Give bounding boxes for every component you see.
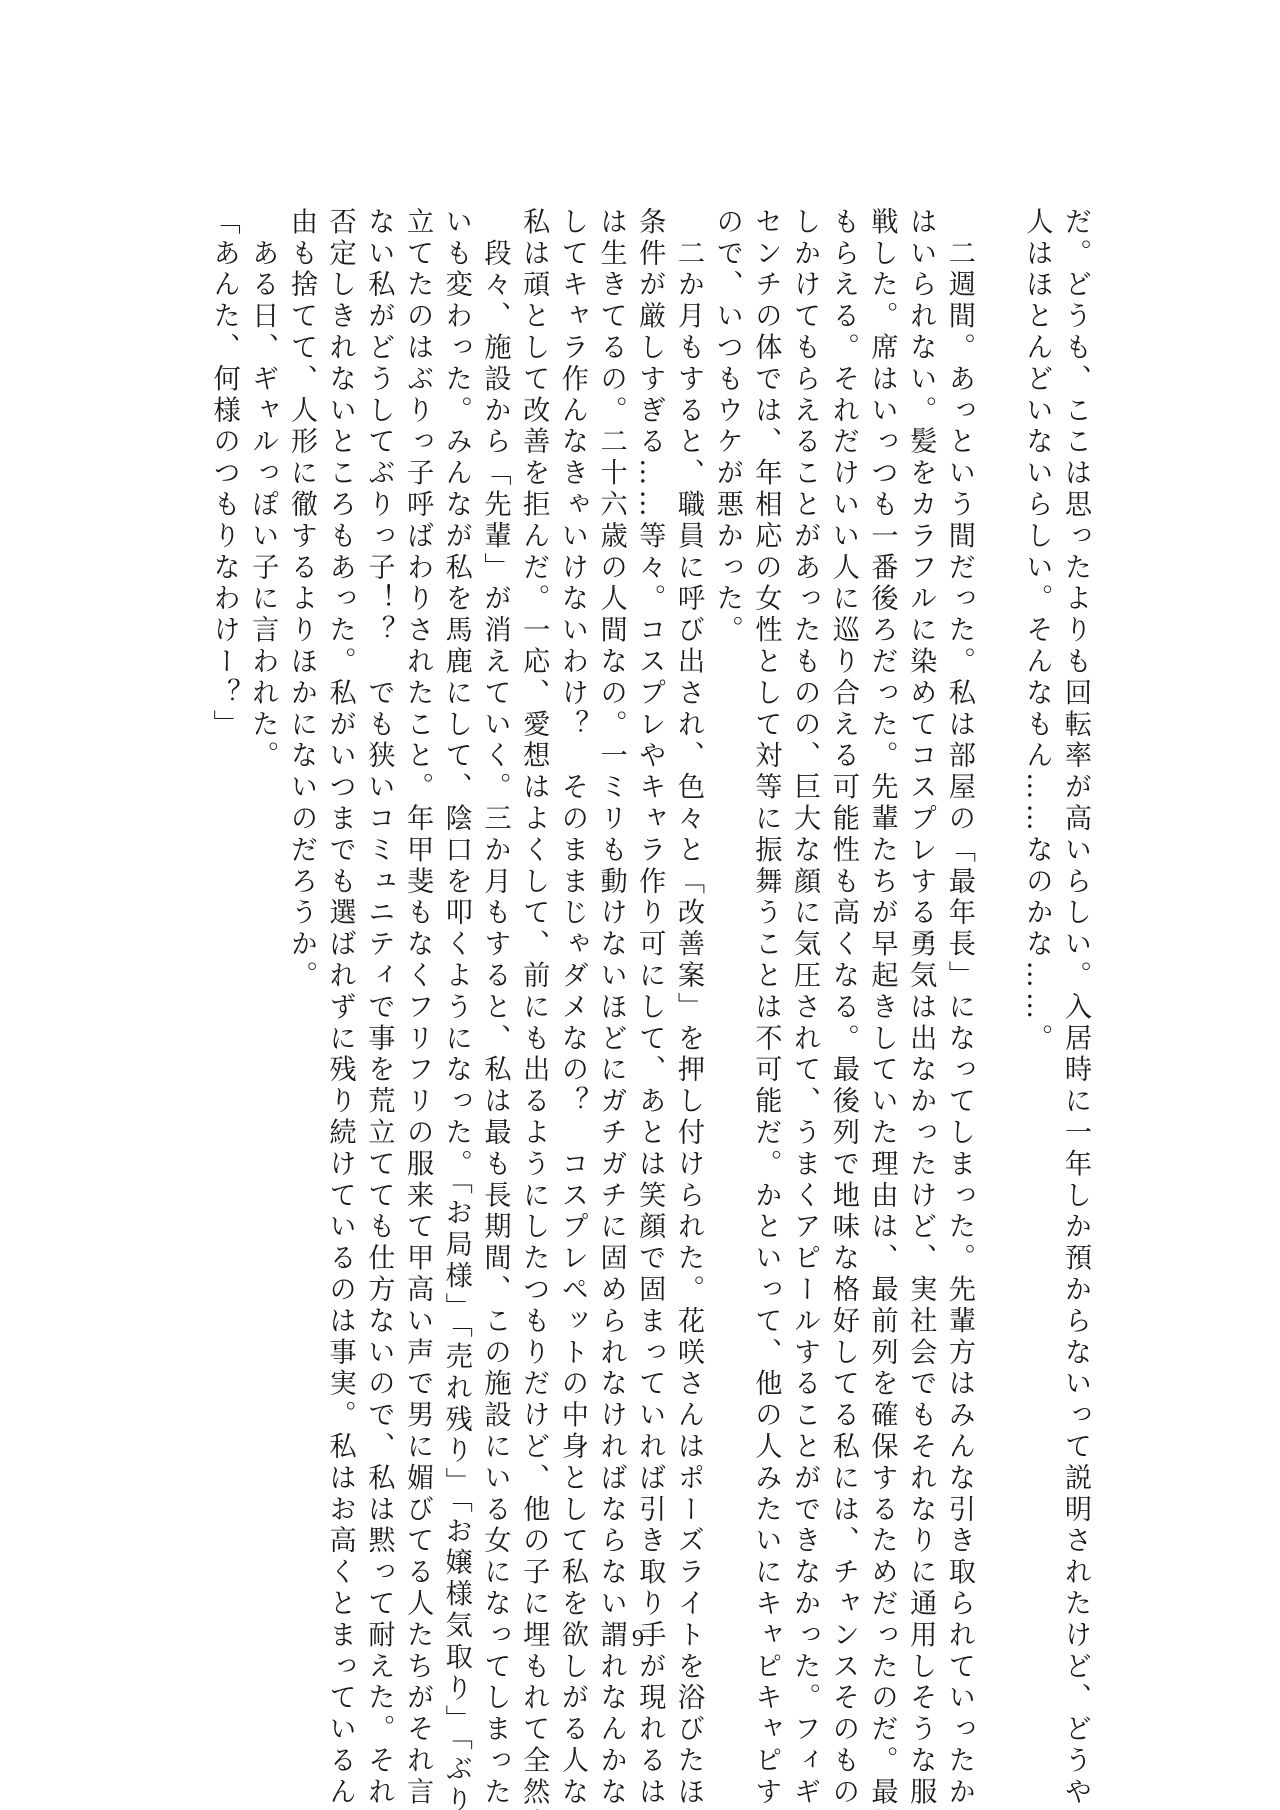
book-page: だ。どうも、ここは思ったよりも回転率が高いらしい。入居時に一年しか預からないって… [0,0,1280,1810]
text-column: センチの体では、年相応の女性として対等に振舞うことは不可能だ。かといって、他の人… [746,207,785,1627]
text-column: 人はほとんどいないらしい。そんなもん……なのかな……。 [1017,207,1056,1627]
text-column: 段々、施設から「先輩」が消えていく。三か月もすると、私は最も長期間、この施設にい… [475,207,514,1627]
text-column: だ。どうも、ここは思ったよりも回転率が高いらしい。入居時に一年しか預からないって… [1055,207,1094,1627]
text-column: もらえる。それだけいい人に巡り合える可能性も高くなる。最後列で地味な格好してる私… [823,207,862,1627]
vertical-text-body: だ。どうも、ここは思ったよりも回転率が高いらしい。入居時に一年しか預からないって… [204,207,1094,1627]
text-column: 「あんた、何様のつもりなわけー？」 [204,207,243,1627]
text-column: ので、いつもウケが悪かった。 [707,207,746,1627]
text-column: はいられない。髪をカラフルに染めてコスプレする勇気は出なかったけど、実社会でもそ… [901,207,940,1627]
text-column: 由も捨てて、人形に徹するよりほかにないのだろうか。 [281,207,320,1627]
text-column: 二か月もすると、職員に呼び出され、色々と「改善案」を押し付けられた。花咲さんはポ… [668,207,707,1627]
text-column: してキャラ作んなきゃいけないわけ？ そのままじゃダメなの？ コスプレペットの中身… [552,207,591,1627]
text-column: 否定しきれないところもあった。私がいつまでも選ばれずに残り続けているのは事実。私… [320,207,359,1627]
text-column: は生きてるの。二十六歳の人間なの。一ミリも動けないほどにガチガチに固められなけれ… [591,207,630,1627]
page-number: 9 [632,1626,644,1653]
text-column: 戦した。席はいっつも一番後ろだった。先輩たちが早起きしていた理由は、最前列を確保… [862,207,901,1627]
text-column: 条件が厳しすぎる……等々。コスプレやキャラ作り可にして、あとは笑顔で固まっていれ… [630,207,669,1627]
text-column: ある日、ギャルっぽい子に言われた。 [243,207,282,1627]
blank-line [978,207,1017,1627]
text-column: 私は頑として改善を拒んだ。一応、愛想はよくして、前にも出るようにしたつもりだけど… [513,207,552,1627]
text-column: ない私がどうしてぶりっ子！？ でも狭いコミュニティで事を荒立てても仕方ないので、… [359,207,398,1627]
text-column: 立てたのはぶりっ子呼ばわりされたこと。年甲斐もなくフリフリの服来て甲高い声で男に… [397,207,436,1627]
text-column: 二週間。あっという間だった。私は部屋の「最年長」になってしまった。先輩方はみんな… [939,207,978,1627]
text-column: しかけてもらえることがあったものの、巨大な顔に気圧されて、うまくアピールすること… [784,207,823,1627]
text-column: いも変わった。みんなが私を馬鹿にして、陰口を叩くようになった。「お局様」「売れ残… [436,207,475,1627]
